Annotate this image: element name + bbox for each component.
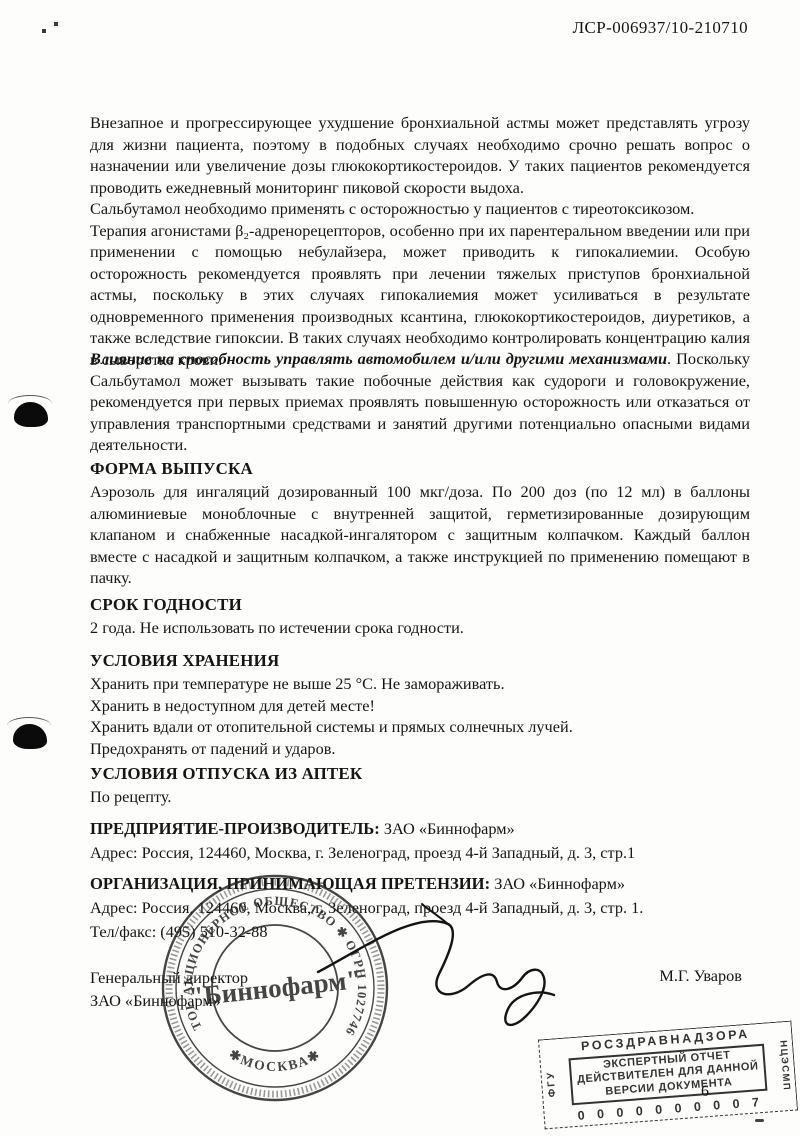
scan-speck <box>54 22 58 26</box>
storage-line: Хранить при температуре не выше 25 °С. Н… <box>90 673 750 695</box>
paragraph-asthma-warning: Внезапное и прогрессирующее ухудшение бр… <box>90 112 750 198</box>
section-shelf-life: СРОК ГОДНОСТИ 2 года. Не использовать по… <box>90 594 750 639</box>
page-number: 6 <box>701 1083 709 1101</box>
manufacturer-value: ЗАО «Биннофарм» <box>380 819 515 838</box>
section-text: 2 года. Не использовать по истечении сро… <box>90 617 750 639</box>
storage-line: Предохранять от падений и ударов. <box>90 738 750 760</box>
hole-punch-mark <box>13 724 47 749</box>
scan-speck <box>42 29 46 33</box>
signatory-name: М.Г. Уваров <box>659 966 742 986</box>
section-heading: УСЛОВИЯ ОТПУСКА ИЗ АПТЕК <box>90 763 750 785</box>
signature-scribble <box>298 900 588 1050</box>
paragraph-precautions: Сальбутамол необходимо применять с остор… <box>90 198 750 370</box>
section-heading: УСЛОВИЯ ХРАНЕНИЯ <box>90 650 750 672</box>
storage-line: Хранить в недоступном для детей месте! <box>90 695 750 717</box>
section-heading: СРОК ГОДНОСТИ <box>90 594 750 616</box>
paragraph-text: Сальбутамол необходимо применять с остор… <box>90 198 750 220</box>
approval-stamp-center: РОСЗДРАВНАДЗОРА ЭКСПЕРТНЫЙ ОТЧЕТ ДЕЙСТВИ… <box>557 1023 779 1127</box>
paragraph-text: Влияние на способность управлять автомоб… <box>90 348 750 456</box>
section-form: ФОРМА ВЫПУСКА Аэрозоль для ингаляций доз… <box>90 458 750 589</box>
approval-right-label: НЦЭСМП <box>777 1040 792 1092</box>
section-dispensing: УСЛОВИЯ ОТПУСКА ИЗ АПТЕК По рецепту. <box>90 763 750 808</box>
paragraph-lead-bold-italic: Влияние на способность управлять автомоб… <box>90 349 667 368</box>
manufacturer-label: ПРЕДПРИЯТИЕ-ПРОИЗВОДИТЕЛЬ: <box>90 819 380 838</box>
registration-number: ЛСР-006937/10-210710 <box>573 18 748 38</box>
section-heading: ФОРМА ВЫПУСКА <box>90 458 750 480</box>
section-manufacturer: ПРЕДПРИЯТИЕ-ПРОИЗВОДИТЕЛЬ: ЗАО «Биннофар… <box>90 817 750 865</box>
section-text: По рецепту. <box>90 786 750 808</box>
manufacturer-address: Адрес: Россия, 124460, Москва, г. Зелено… <box>90 841 750 865</box>
hole-punch-mark <box>14 402 48 427</box>
paragraph-driving: Влияние на способность управлять автомоб… <box>90 348 750 456</box>
section-storage: УСЛОВИЯ ХРАНЕНИЯ Хранить при температуре… <box>90 650 750 759</box>
scan-speck <box>755 1119 764 1122</box>
claims-value: ЗАО «Биннофарм» <box>490 874 625 893</box>
approval-left-label: ФГУ <box>545 1070 558 1097</box>
storage-line: Хранить вдали от отопительной системы и … <box>90 716 750 738</box>
paragraph-text: Внезапное и прогрессирующее ухудшение бр… <box>90 112 750 198</box>
approval-stamp: ФГУ РОСЗДРАВНАДЗОРА ЭКСПЕРТНЫЙ ОТЧЕТ ДЕЙ… <box>538 1021 798 1130</box>
section-text: Аэрозоль для ингаляций дозированный 100 … <box>90 481 750 589</box>
manufacturer-line: ПРЕДПРИЯТИЕ-ПРОИЗВОДИТЕЛЬ: ЗАО «Биннофар… <box>90 817 750 841</box>
